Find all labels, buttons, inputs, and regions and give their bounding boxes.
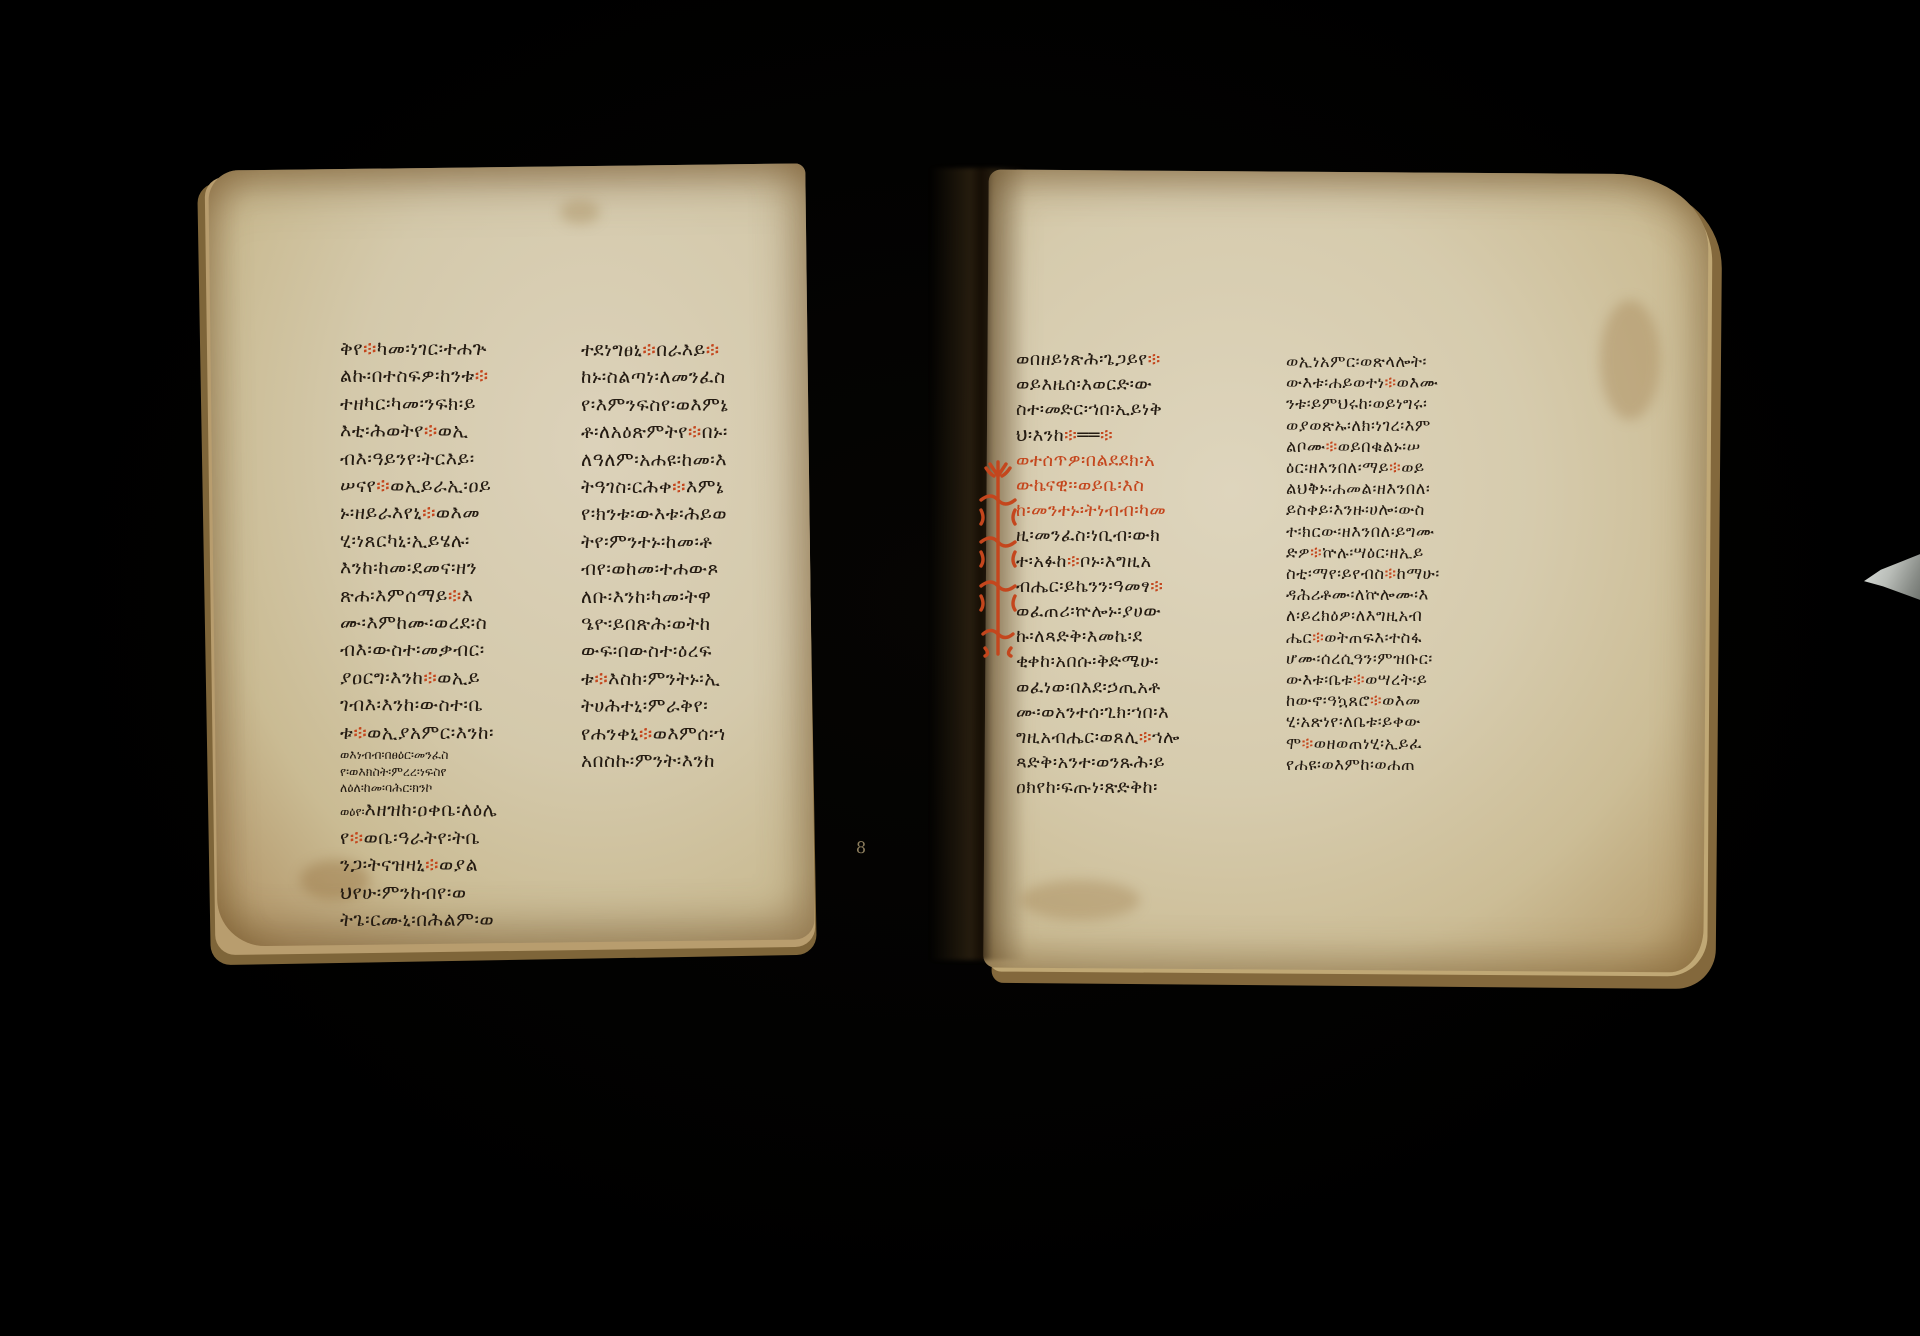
manuscript-line: ወዕየ፡እዘዝከ፡ዐቀቤ፡ለዕሌ xyxy=(340,797,596,825)
manuscript-line: ኑ፡ዘይራእየኒ፨ወእመ xyxy=(340,500,596,527)
manuscript-line: ኩ፡ለጻድቅ፡እመኬ፡ደ xyxy=(1016,624,1262,649)
manuscript-line: ተደነግፀኒ፨በራእይ፨ xyxy=(581,337,813,364)
manuscript-line: ይስቀይ፡እንዙ፡ሀሎ፡ውስ xyxy=(1286,499,1548,520)
parchment-stain xyxy=(1020,880,1140,920)
manuscript-line: ከ፡መንተኑ፡ትነብብ፡ካመ xyxy=(1016,498,1262,523)
manuscript-line: ሙ፡እምከሙ፡ወረደ፡ስ xyxy=(340,610,596,637)
manuscript-line: ቶ፡ለአዕጽምትየ፨በኑ፡ xyxy=(581,419,813,446)
manuscript-line: ድዎ፨ኵሉ፡ሣዕር፡ዘኢይ xyxy=(1286,542,1548,563)
manuscript-line: ስተ፡መድር፡ኀበ፡ኢይነቅ xyxy=(1016,397,1262,422)
manuscript-line: ህ፡እንከ፨══፨ xyxy=(1016,423,1262,448)
red-chain-ornament-icon xyxy=(973,458,1023,658)
left-page-column-2: ተደነግፀኒ፨በራእይ፨ከኑ፡ስልጣነ፡ለመንፈስየ፡እምንፍስየ፡ወእምኔቶ፡… xyxy=(581,337,813,776)
manuscript-line: እንከ፡ከመ፡ደመና፡ዘን xyxy=(340,555,596,582)
manuscript-line: ብሔር፡ይኬንን፡ዓመፃ፨ xyxy=(1016,574,1262,599)
manuscript-line: ተዘካር፡ካመ፡ንፍክ፡ይ xyxy=(340,391,596,418)
manuscript-line: ዕር፡ዘእንበለ፡ማይ፨ወይ xyxy=(1286,457,1548,478)
manuscript-line: ልህቅኑ፡ሐመል፡ዘእንበለ፡ xyxy=(1286,478,1548,499)
folio-number: 8 xyxy=(856,838,867,857)
manuscript-line: ንቱ፡ይምህሩከ፡ወይነግሩ፡ xyxy=(1286,393,1548,414)
manuscript-line: ብእ፡ዓይንየ፡ትርእይ፡ xyxy=(340,446,596,473)
manuscript-line: ብየ፡ወከመ፡ተሐውጾ xyxy=(581,556,813,583)
manuscript-line: ወያወጽኡ፡ለክ፡ነገረ፡እም xyxy=(1286,415,1548,436)
manuscript-line: ውእቱ፡ሐይወተነ፨ወእሙ xyxy=(1286,372,1548,393)
manuscript-photo-scene: ቅየ፨ካመ፡ነገር፡ተሐጕልኩ፡በተስፍዎ፡ከንቱ፨ተዘካር፡ካመ፡ንፍክ፡ይእ… xyxy=(0,0,1920,1336)
manuscript-line: ትየ፡ምንተኑ፡ከመ፡ቶ xyxy=(581,529,813,556)
manuscript-line: ውኬናዊ፡፡ወይቤ፡እስ xyxy=(1016,473,1262,498)
manuscript-line: ሙ፡ወአንተሰ፡ጊክ፡ኀበ፡እ xyxy=(1016,700,1262,725)
manuscript-line: ለዕለ፡ከመ፡ባሕር፡ክንኮ xyxy=(340,780,596,797)
manuscript-line: ጻድቅ፡አንተ፡ወንጹሕ፡ይ xyxy=(1016,750,1262,775)
manuscript-line: ልቦሙ፨ወይበቁልኑ፡ሠ xyxy=(1286,436,1548,457)
manuscript-line: የ፡እምንፍስየ፡ወእምኔ xyxy=(581,392,813,419)
manuscript-line: ህየሁ፡ምንከብየ፡ወ xyxy=(340,880,596,907)
manuscript-line: ውፍ፡በውስተ፡ዕረፍ xyxy=(581,638,813,665)
manuscript-line: ቅየ፨ካመ፡ነገር፡ተሐጕ xyxy=(340,336,596,363)
manuscript-line: ትሀሕተኒ፡ምራቅየ፡ xyxy=(581,693,813,720)
manuscript-line: ተ፡አፉከ፨ቦኑ፡እግዚአ xyxy=(1016,549,1262,574)
manuscript-line: ዚ፡መንፈስ፡ነቢብ፡ውክ xyxy=(1016,523,1262,548)
manuscript-line: የ፡ክንቱ፡ውእቱ፡ሕይወ xyxy=(581,501,813,528)
manuscript-line: ሆሙ፡ሰረሲዓን፡ምዝቡር፡ xyxy=(1286,648,1548,669)
manuscript-line: ብእ፡ውስተ፡መቃብር፡ xyxy=(340,637,596,664)
metal-pointer xyxy=(1864,551,1920,603)
manuscript-line: ንጋ፡ትናዝዛኒ፨ወያል xyxy=(340,852,596,879)
manuscript-line: ተ፡ክርው፡ዘእንበለ፡ይግሙ xyxy=(1286,521,1548,542)
right-page-column-1: ወበዘይነጽሕ፡ጌጋይየ፨ወይእዜሰ፡እወርድ፡ውስተ፡መድር፡ኀበ፡ኢይነቅህ… xyxy=(1016,347,1262,801)
manuscript-line: ሂ፡አጽነየ፡ለቤቱ፡ይቀው xyxy=(1286,711,1548,732)
manuscript-line: ወኢነአምር፡ወጽላሎት፡ xyxy=(1286,351,1548,372)
manuscript-line: የሐዩ፡ወእምከ፡ወሐጠ xyxy=(1286,754,1548,775)
manuscript-line: ለ፡ይረክዕዎ፡ለእግዚአብ xyxy=(1286,605,1548,626)
manuscript-line: ዔዮ፡ይበጽሕ፡ወትከ xyxy=(581,611,813,638)
manuscript-line: ጽሐ፡እምሰማይ፨እ xyxy=(340,583,596,610)
manuscript-line: ቱ፨ወኢያአምር፡እንከ፡ xyxy=(340,720,596,747)
manuscript-line: ሔር፨ወትጠፍእ፡ተስፋ xyxy=(1286,627,1548,648)
manuscript-line: ወተሰጥዎ፡በልደደክ፡አ xyxy=(1016,448,1262,473)
parchment-stain xyxy=(1600,300,1660,420)
manuscript-line: ከኑ፡ስልጣነ፡ለመንፈስ xyxy=(581,364,813,391)
manuscript-line: ያዐርግ፡እንከ፨ወኢይ xyxy=(340,665,596,692)
manuscript-line: ስቲ፡ማየ፡ይየብስ፨ከማሁ፡ xyxy=(1286,563,1548,584)
manuscript-line: ከውኖ፡ዓኳጸሮ፨ወእመ xyxy=(1286,690,1548,711)
manuscript-line: ልኩ፡በተስፍዎ፡ከንቱ፨ xyxy=(340,363,596,390)
manuscript-line: ወይእዜሰ፡እወርድ፡ው xyxy=(1016,372,1262,397)
manuscript-line: ቂቀከ፡አበሱ፡ቅድሜሁ፡ xyxy=(1016,649,1262,674)
manuscript-line: የ፨ወቤ፡ዓራትየ፡ትቤ xyxy=(340,825,596,852)
manuscript-line: ትዓገስ፡ርሕቀ፨እምኔ xyxy=(581,474,813,501)
manuscript-line: የ፡ወእክስት፡ምረረ፡ነፍስየ xyxy=(340,764,596,781)
parchment-stain xyxy=(560,200,600,224)
manuscript-line: የሐንቀኒ፨ወእምሰ፡ኀ xyxy=(581,721,813,748)
right-page-column-2: ወኢነአምር፡ወጽላሎት፡ውእቱ፡ሐይወተነ፨ወእሙንቱ፡ይምህሩከ፡ወይነግሩ… xyxy=(1286,351,1548,775)
left-page-column-1: ቅየ፨ካመ፡ነገር፡ተሐጕልኩ፡በተስፍዎ፡ከንቱ፨ተዘካር፡ካመ፡ንፍክ፡ይእ… xyxy=(340,336,596,935)
manuscript-line: ትጌ፡ርሙኒ፡በሕልም፡ወ xyxy=(340,907,596,934)
manuscript-line: ለቡ፡እንከ፡ካመ፡ትዋ xyxy=(581,584,813,611)
manuscript-line: ሠናየ፨ወኢይራኢ፡ዐይ xyxy=(340,473,596,500)
manuscript-line: ለዓለም፡አሐዩ፡ከመ፡እ xyxy=(581,447,813,474)
manuscript-line: ዳሕሪቶሙ፡ለኵሎሙ፡እ xyxy=(1286,584,1548,605)
manuscript-line: ውእቱ፡ቤቱ፨ወሣረት፡ይ xyxy=(1286,669,1548,690)
manuscript-line: ወእነብብ፡በፀዕር፡መንፈስ xyxy=(340,747,596,764)
manuscript-line: ቱ፨እስከ፡ምንትኑ፡ኢ xyxy=(581,666,813,693)
manuscript-line: ሞ፨ወዘወጠነሂ፡ኢይፈ xyxy=(1286,733,1548,754)
manuscript-line: ገብእ፡እንከ፡ውስተ፡ቤ xyxy=(340,692,596,719)
manuscript-line: እቲ፡ሕወትየ፨ወኢ xyxy=(340,418,596,445)
manuscript-line: ወበዘይነጽሕ፡ጌጋይየ፨ xyxy=(1016,347,1262,372)
manuscript-line: ዐክየከ፡ፍጡነ፡ጽድቅከ፡ xyxy=(1016,775,1262,800)
manuscript-line: አበስኩ፡ምንት፡እንከ xyxy=(581,748,813,775)
manuscript-line: ወፈነወ፡በእደ፡ኃጢአቶ xyxy=(1016,675,1262,700)
manuscript-line: ግዚአብሔር፡ወጸሊ፨ኀሎ xyxy=(1016,725,1262,750)
manuscript-line: ሂ፡ነጸርካኒ፡ኢይሄሉ፡ xyxy=(340,528,596,555)
manuscript-line: ወፈጠሪ፡ኵሎኑ፡ያሀው xyxy=(1016,599,1262,624)
